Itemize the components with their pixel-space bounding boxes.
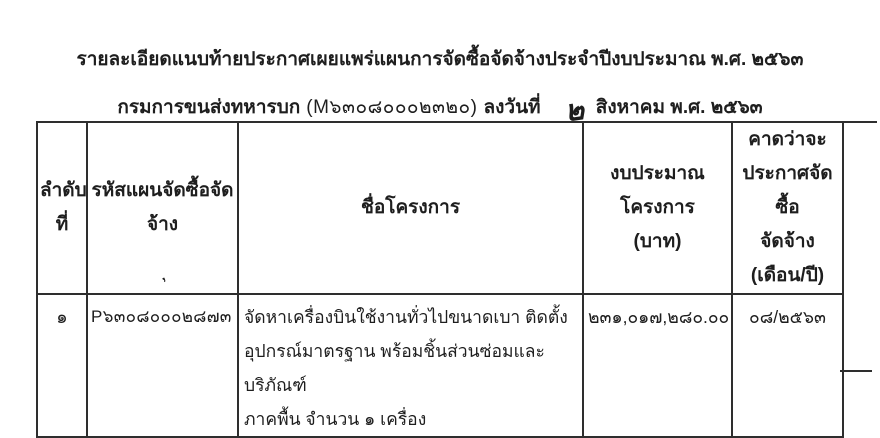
department-name: กรมการขนส่งทหารบก — [117, 97, 300, 118]
plan-reference-code: (M๖๓๐๘๐๐๐๒๓๒๐) — [306, 97, 477, 118]
date-text: สิงหาคม พ.ศ. ๒๕๖๓ — [596, 97, 763, 118]
cell-budget: ๒๓๑,๐๑๗,๒๘๐.๐๐ — [583, 294, 732, 437]
page-title: รายละเอียดแนบท้ายประกาศเผยแพร่แผนการจัดซ… — [0, 44, 880, 74]
table-top-rule-extension — [840, 121, 877, 123]
document-page: รายละเอียดแนบท้ายประกาศเผยแพร่แผนการจัดซ… — [0, 0, 880, 438]
column-header-budget: งบประมาณ โครงการ (บาท) — [583, 122, 732, 294]
cell-order-no: ๑ — [37, 294, 87, 437]
procurement-plan-table: ลำดับ ที่ รหัสแผนจัดซื้อจัด จ้าง‚ ชื่อโค… — [36, 121, 844, 438]
cell-announce-month: ๐๘/๒๕๖๓ — [732, 294, 843, 437]
column-header-announce-date: คาดว่าจะ ประกาศจัดซื้อ จัดจ้าง (เดือน/ปี… — [732, 122, 843, 294]
table-bottom-rule-extension — [840, 370, 872, 372]
stray-pen-mark: ‚ — [157, 268, 167, 283]
column-header-order-no: ลำดับ ที่ — [37, 122, 87, 294]
column-header-plan-code: รหัสแผนจัดซื้อจัด จ้าง‚ — [87, 122, 238, 294]
column-header-project-name: ชื่อโครงการ — [238, 122, 583, 294]
table-row: ๑ P๖๓๐๘๐๐๐๒๘๗๓ จัดหาเครื่องบินใช้งานทั่ว… — [37, 294, 843, 437]
cell-project-name: จัดหาเครื่องบินใช้งานทั่วไปขนาดเบา ติดตั… — [238, 294, 583, 437]
dated-label: ลงวันที่ — [483, 97, 540, 118]
table-header-row: ลำดับ ที่ รหัสแผนจัดซื้อจัด จ้าง‚ ชื่อโค… — [37, 122, 843, 294]
column-header-plan-code-label: รหัสแผนจัดซื้อจัด จ้าง — [92, 180, 234, 235]
cell-plan-code: P๖๓๐๘๐๐๐๒๘๗๓ — [87, 294, 238, 437]
